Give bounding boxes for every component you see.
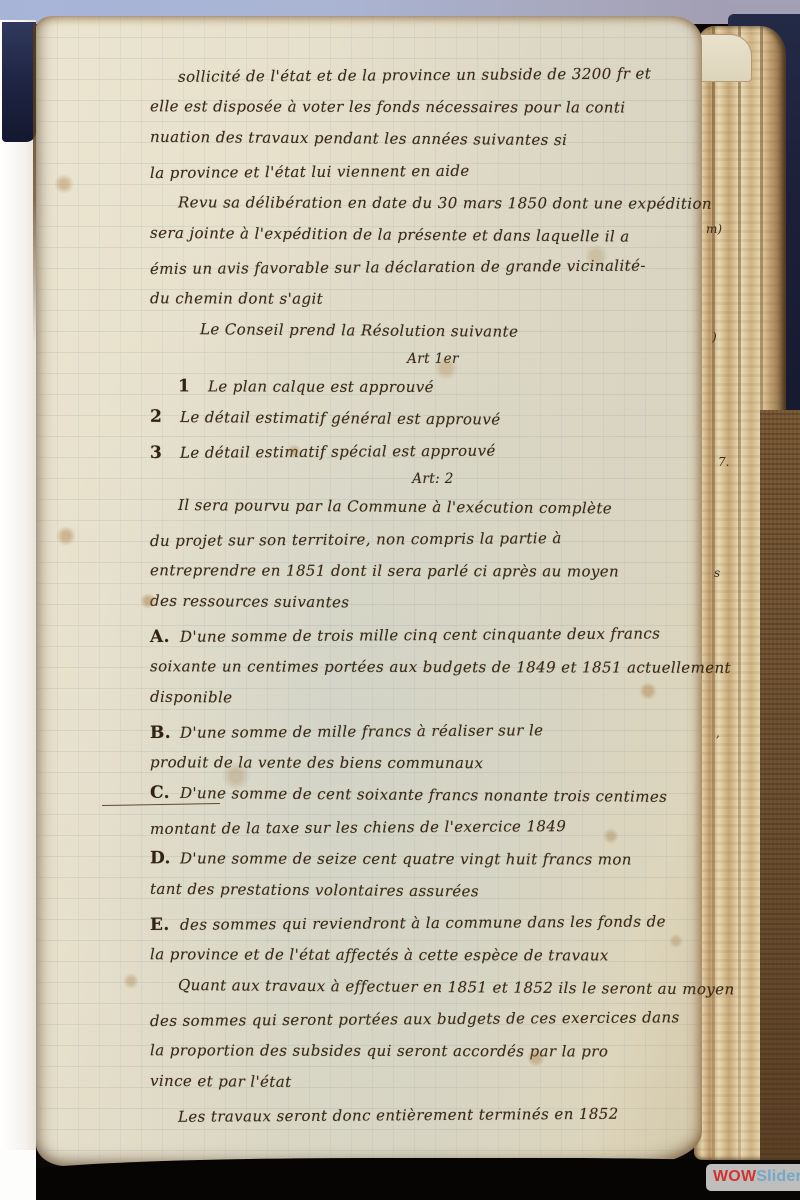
line-text: D'une somme de seize cent quatre vingt h… <box>180 849 632 868</box>
item-label: 3 <box>150 438 180 468</box>
line-text: émis un avis favorable sur la déclaratio… <box>150 257 646 278</box>
line-text: des ressources suivantes <box>150 592 350 612</box>
manuscript-line: sera jointe à l'expédition de la présent… <box>150 218 716 254</box>
line-text: elle est disposée à voter les fonds néce… <box>150 97 626 116</box>
edge-ink-fragment: s <box>714 566 720 580</box>
manuscript-line: Art: 2 <box>150 468 716 492</box>
edge-ink-fragment: ) <box>712 330 717 344</box>
book-cover-cloth <box>760 410 800 1160</box>
line-text: montant de la taxe sur les chiens de l'e… <box>150 817 566 838</box>
item-label: D. <box>150 843 180 873</box>
line-text: Le détail estimatif général est approuvé <box>180 408 501 429</box>
line-text: D'une somme de mille francs à réaliser s… <box>180 721 544 742</box>
line-text: Le détail estimatif spécial est approuvé <box>180 442 496 462</box>
line-text: Il sera pourvu par la Commune à l'exécut… <box>178 496 612 517</box>
manuscript-line: montant de la taxe sur les chiens de l'e… <box>150 810 716 846</box>
line-text: des sommes qui reviendront à la commune … <box>180 912 666 933</box>
line-text: la province et de l'état affectés à cett… <box>150 945 609 964</box>
manuscript-line: Le Conseil prend la Résolution suivante <box>150 314 716 350</box>
facing-page-edge <box>0 20 36 1200</box>
manuscript-line: Il sera pourvu par la Commune à l'exécut… <box>150 490 716 526</box>
manuscript-page: sollicité de l'état et de la province un… <box>36 16 702 1166</box>
book-bottom-shadow <box>0 1158 800 1200</box>
line-text: Quant aux travaux à effectuer en 1851 et… <box>178 976 735 998</box>
manuscript-line: la province et l'état lui viennent en ai… <box>150 154 716 190</box>
manuscript-line: A.D'une somme de trois mille cinq cent c… <box>150 618 716 654</box>
manuscript-line: 2Le détail estimatif général est approuv… <box>150 402 716 438</box>
line-text: D'une somme de cent soixante francs nona… <box>180 784 667 806</box>
manuscript-line: Quant aux travaux à effectuer en 1851 et… <box>150 970 716 1006</box>
line-text: D'une somme de trois mille cinq cent cin… <box>180 624 660 645</box>
manuscript-line: des sommes qui seront portées aux budget… <box>150 1002 716 1038</box>
manuscript-line: du projet sur son territoire, non compri… <box>150 522 716 558</box>
line-text: du projet sur son territoire, non compri… <box>150 529 562 550</box>
line-text: Art: 2 <box>412 471 453 487</box>
margin-rule-line <box>102 803 220 806</box>
manuscript-line: E.des sommes qui reviendront à la commun… <box>150 906 716 942</box>
line-text: Art 1er <box>407 351 459 367</box>
item-label: C. <box>150 778 180 808</box>
page-edge-ridge <box>738 26 741 1160</box>
line-text: entreprendre en 1851 dont il sera parlé … <box>150 561 619 580</box>
book-cover-left <box>2 22 36 142</box>
photo-of-manuscript-page: { "manuscript": { "language": "French", … <box>0 0 800 1200</box>
edge-ink-fragment: m) <box>706 222 722 236</box>
manuscript-line: elle est disposée à voter les fonds néce… <box>150 91 716 124</box>
wowslider-watermark: WOWSlider <box>706 1164 800 1191</box>
line-text: Revu sa délibération en date du 30 mars … <box>178 193 712 212</box>
line-text: vince et par l'état <box>150 1072 292 1091</box>
edge-ink-fragment: 7. <box>718 455 729 469</box>
manuscript-line: C.D'une somme de cent soixante francs no… <box>150 778 716 814</box>
line-text: des sommes qui seront portées aux budget… <box>150 1008 680 1030</box>
line-text: Le Conseil prend la Résolution suivante <box>200 320 518 340</box>
manuscript-line: nuation des travaux pendant les années s… <box>150 122 716 158</box>
item-label: B. <box>150 718 180 748</box>
manuscript-line: du chemin dont s'agit <box>150 283 716 316</box>
handwritten-text-block: sollicité de l'état et de la province un… <box>150 60 716 1132</box>
line-text: la proportion des subsides qui seront ac… <box>150 1041 608 1060</box>
manuscript-line: des ressources suivantes <box>150 586 716 622</box>
manuscript-lines: sollicité de l'état et de la province un… <box>150 60 716 1132</box>
manuscript-line: produit de la vente des biens communaux <box>150 747 716 780</box>
manuscript-line: la proportion des subsides qui seront ac… <box>150 1035 716 1068</box>
manuscript-line: entreprendre en 1851 dont il sera parlé … <box>150 555 716 588</box>
manuscript-line: B.D'une somme de mille francs à réaliser… <box>150 714 716 750</box>
line-text: sollicité de l'état et de la province un… <box>178 64 651 85</box>
manuscript-line: 3Le détail estimatif spécial est approuv… <box>150 434 716 470</box>
watermark-slider-text: Slider <box>756 1168 800 1186</box>
manuscript-line: disponible <box>150 682 716 718</box>
manuscript-line: Art 1er <box>150 348 716 372</box>
manuscript-line: soixante un centimes portées aux budgets… <box>150 651 716 684</box>
line-text: produit de la vente des biens communaux <box>150 753 483 772</box>
line-text: tant des prestations volontaires assurée… <box>150 880 479 901</box>
line-text: Les travaux seront donc entièrement term… <box>178 1105 619 1126</box>
line-text: Le plan calque est approuvé <box>208 377 434 396</box>
item-label: 2 <box>150 402 180 432</box>
facing-page-edge-bottom <box>0 1150 36 1200</box>
manuscript-line: sollicité de l'état et de la province un… <box>150 58 716 94</box>
manuscript-line: 1Le plan calque est approuvé <box>150 371 716 404</box>
line-text: soixante un centimes portées aux budgets… <box>150 657 731 677</box>
line-text: disponible <box>150 688 233 707</box>
manuscript-line: D.D'une somme de seize cent quatre vingt… <box>150 843 716 876</box>
line-text: nuation des travaux pendant les années s… <box>150 128 567 149</box>
item-label: E. <box>150 910 180 940</box>
manuscript-line: Revu sa délibération en date du 30 mars … <box>150 187 716 220</box>
item-label: A. <box>150 622 180 652</box>
line-text: la province et l'état lui viennent en ai… <box>150 162 470 182</box>
watermark-wow-text: WOW <box>713 1168 756 1186</box>
line-text: du chemin dont s'agit <box>150 289 323 307</box>
item-label: 1 <box>178 371 208 401</box>
edge-ink-fragment: , <box>716 726 720 740</box>
manuscript-line: tant des prestations volontaires assurée… <box>150 874 716 910</box>
manuscript-line: émis un avis favorable sur la déclaratio… <box>150 250 716 286</box>
manuscript-line: vince et par l'état <box>150 1066 716 1102</box>
line-text: sera jointe à l'expédition de la présent… <box>150 224 630 246</box>
manuscript-line: la province et de l'état affectés à cett… <box>150 939 716 972</box>
manuscript-line: Les travaux seront donc entièrement term… <box>150 1098 716 1134</box>
